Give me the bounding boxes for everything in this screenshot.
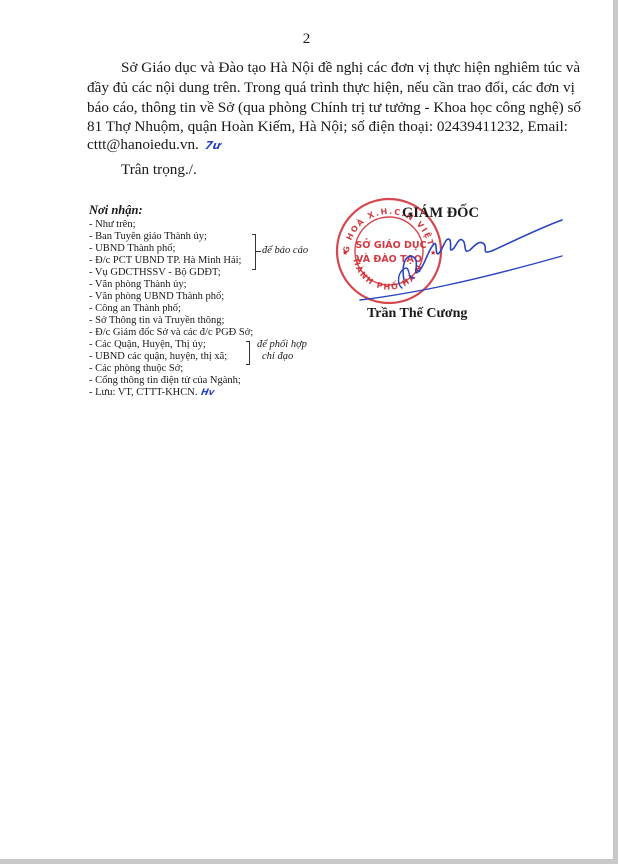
email-text: cttt@hanoiedu.vn. <box>87 136 199 153</box>
page-shadow-bottom <box>0 859 618 864</box>
note-coordinate-line-2: chỉ đạo <box>262 351 293 363</box>
handwritten-initials: 7ư <box>203 137 222 155</box>
closing-text: Trân trọng./. <box>121 161 563 179</box>
bracket-report-group <box>252 234 256 270</box>
recipient-item: - Công an Thành phố; <box>89 303 181 315</box>
recipient-item: - Vụ GDCTHSSV - Bộ GDĐT; <box>89 267 221 279</box>
note-coordinate-line-1: để phối hợp <box>257 339 307 351</box>
recipient-item: - Cổng thông tin điện tử của Ngành; <box>89 375 241 387</box>
document-page: 2 Sở Giáo dục và Đào tạo Hà Nội đề nghị … <box>0 0 613 859</box>
recipient-item: - UBND các quận, huyện, thị xã; <box>89 351 227 363</box>
body-paragraph-line-5: cttt@hanoiedu.vn.7ư <box>87 136 563 155</box>
bracket-coordination-group <box>246 341 250 365</box>
handwritten-signature-icon <box>330 200 570 310</box>
body-paragraph-line-1: Sở Giáo dục và Đào tạo Hà Nội đề nghị cá… <box>121 59 563 77</box>
body-paragraph-line-3: báo cáo, thông tin về Sở (qua phòng Chín… <box>87 99 563 117</box>
body-paragraph-line-2: đầy đủ các nội dung trên. Trong quá trìn… <box>87 79 563 97</box>
recipients-title: Nơi nhận: <box>89 203 143 218</box>
recipient-item: - Lưu: VT, CTTT-KHCN.Hv <box>89 387 215 399</box>
recipient-item: - Văn phòng UBND Thành phố; <box>89 291 224 303</box>
recipient-item: - Như trên; <box>89 219 136 231</box>
recipient-item: - Sở Thông tin và Truyền thông; <box>89 315 224 327</box>
recipient-item: - Đ/c Giám đốc Sở và các đ/c PGĐ Sở; <box>89 327 253 339</box>
handwritten-initials: Hv <box>200 387 216 399</box>
body-paragraph-line-4: 81 Thợ Nhuộm, quận Hoàn Kiếm, Hà Nội; số… <box>87 118 563 136</box>
recipient-item: - Các phòng thuộc Sở; <box>89 363 183 375</box>
page-shadow-right <box>613 0 618 864</box>
recipient-item: - Đ/c PCT UBND TP. Hà Minh Hải; <box>89 255 241 267</box>
recipient-item: - Văn phòng Thành ủy; <box>89 279 187 291</box>
recipient-item: - Các Quận, Huyện, Thị ủy; <box>89 339 206 351</box>
bracket-tick <box>256 251 261 252</box>
recipient-item: - Ban Tuyên giáo Thành ủy; <box>89 231 207 243</box>
recipient-archive-text: - Lưu: VT, CTTT-KHCN. <box>89 387 197 398</box>
page-number: 2 <box>0 31 613 48</box>
signer-name: Trần Thế Cương <box>367 306 467 322</box>
recipient-item: - UBND Thành phố; <box>89 243 175 255</box>
note-for-report: để báo cáo <box>262 245 308 257</box>
